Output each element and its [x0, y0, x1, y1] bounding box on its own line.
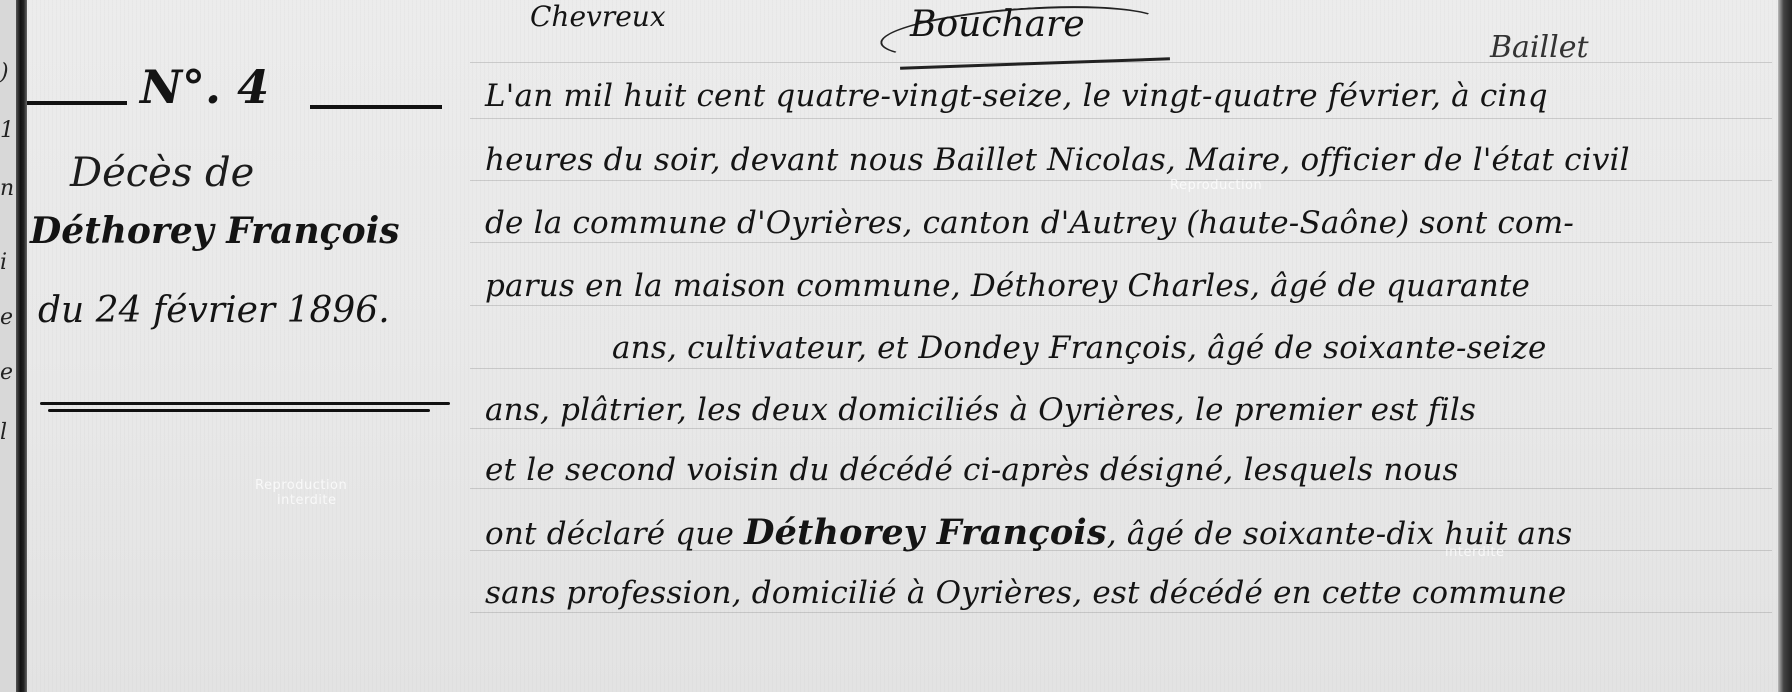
watermark: Reproduction interdite [255, 478, 347, 508]
record-date: du 24 février 1896. [38, 290, 390, 331]
double-rule-divider [40, 402, 450, 412]
body-line-8: ont déclaré que Déthorey François, âgé d… [485, 512, 1572, 553]
body-line-7: et le second voisin du décédé ci-après d… [485, 452, 1459, 488]
ruled-line [470, 242, 1772, 243]
page-edge [1778, 0, 1792, 692]
watermark: Reproduction [1170, 178, 1262, 193]
register-page: ) 1 n i e e l N°. 4 Décès de Déthorey Fr… [0, 0, 1792, 692]
ruled-line [470, 118, 1772, 119]
ruled-line [470, 305, 1772, 306]
deceased-name-body: Déthorey François [744, 512, 1107, 553]
body-line-1: L'an mil huit cent quatre-vingt-seize, l… [485, 78, 1548, 114]
watermark-line: interdite [1445, 545, 1505, 560]
signature-bouchare: Bouchare [910, 4, 1085, 45]
body-line-8-prefix: ont déclaré que [485, 516, 734, 552]
watermark: interdite [1445, 545, 1505, 560]
ruled-line [470, 612, 1772, 613]
heading-dash-right [310, 105, 442, 109]
signature-chevreux: Chevreux [530, 0, 666, 33]
heading-dash-left [27, 101, 127, 105]
ruled-line [470, 488, 1772, 489]
body-line-2: heures du soir, devant nous Baillet Nico… [485, 142, 1630, 178]
body-line-9: sans profession, domicilié à Oyrières, e… [485, 575, 1566, 611]
ruled-line [470, 428, 1772, 429]
ruled-line [470, 368, 1772, 369]
body-line-6: ans, plâtrier, les deux domiciliés à Oyr… [485, 392, 1476, 428]
record-heading: Décès de [70, 150, 254, 196]
signature-baillet: Baillet [1490, 30, 1589, 65]
watermark-line: Reproduction [255, 478, 347, 493]
body-line-5: ans, cultivateur, et Dondey François, âg… [612, 330, 1547, 366]
margin-rule [16, 0, 27, 692]
entry-number: N°. 4 [140, 60, 269, 114]
watermark-line: interdite [255, 493, 347, 508]
body-line-3: de la commune d'Oyrières, canton d'Autre… [485, 205, 1574, 241]
deceased-name-margin: Déthorey François [30, 210, 400, 252]
watermark-line: Reproduction [1170, 178, 1262, 193]
ruled-line [470, 180, 1772, 181]
body-line-4: parus en la maison commune, Déthorey Cha… [485, 268, 1530, 304]
